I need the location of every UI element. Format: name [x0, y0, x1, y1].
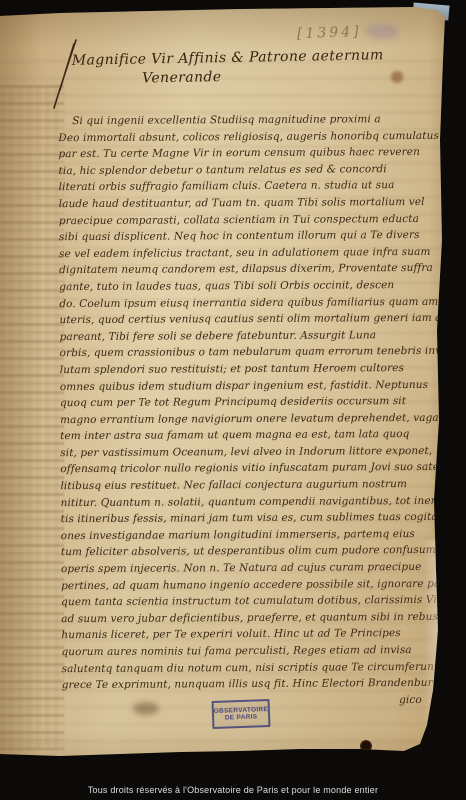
manuscript-line: operis spem injeceris. Non n. Te Natura …	[61, 559, 445, 578]
letter-lines: Si qui ingenii excellentia Studiisq magn…	[58, 111, 446, 694]
page-edge-highlight	[424, 540, 438, 745]
manuscript-line: quoq cum per Te tot Regum Principumq des…	[60, 393, 444, 412]
manuscript-line: laude haud destituantur, ad Tuam tn. qua…	[59, 194, 443, 213]
manuscript-line: grece Te exprimunt, nunquam illis usq fi…	[62, 675, 446, 694]
salutation-line1: Magnifice Vir Affinis & Patrone aeternum	[72, 47, 384, 68]
ink-bleedthrough-margin	[0, 85, 64, 750]
manuscript-page: [1394] Magnifice Vir Affinis & Patrone a…	[0, 0, 466, 800]
manuscript-line: par est. Tu certe Magne Vir in eorum cen…	[58, 144, 442, 163]
manuscript-line: litibusq eius restituet. Nec fallaci con…	[60, 476, 444, 495]
manuscript-line: quem tanta scientia instructum tot cumul…	[61, 592, 445, 611]
manuscript-line: sibi quasi displicent. Neq hoc in conten…	[59, 227, 443, 246]
ink-blot	[360, 740, 372, 752]
manuscript-line: uteris, quod certius veniusq cautius sen…	[59, 310, 443, 329]
observatoire-stamp: OBSERVATOIRE DE PARIS	[212, 699, 271, 729]
letter-body: Si qui ingenii excellentia Studiisq magn…	[58, 111, 446, 711]
photo-background: [1394] Magnifice Vir Affinis & Patrone a…	[0, 0, 466, 800]
stain-spot	[391, 71, 403, 83]
manuscript-line: gante, tuto in laudes tuas, quas Tibi so…	[59, 277, 443, 296]
manuscript-line: lutam splendori suo restituisti; et post…	[60, 360, 444, 379]
archival-number: [1394]	[297, 24, 362, 42]
stain-smudge	[133, 702, 159, 715]
stamp-line2: DE PARIS	[225, 713, 258, 722]
manuscript-line: quorum aures nominis tui fama perculisti…	[61, 642, 445, 661]
faded-stamp-mark	[366, 24, 398, 39]
copyright-caption: Tous droits réservés à l'Observatoire de…	[0, 785, 466, 795]
salutation: Magnifice Vir Affinis & Patrone aeternum…	[72, 47, 384, 87]
